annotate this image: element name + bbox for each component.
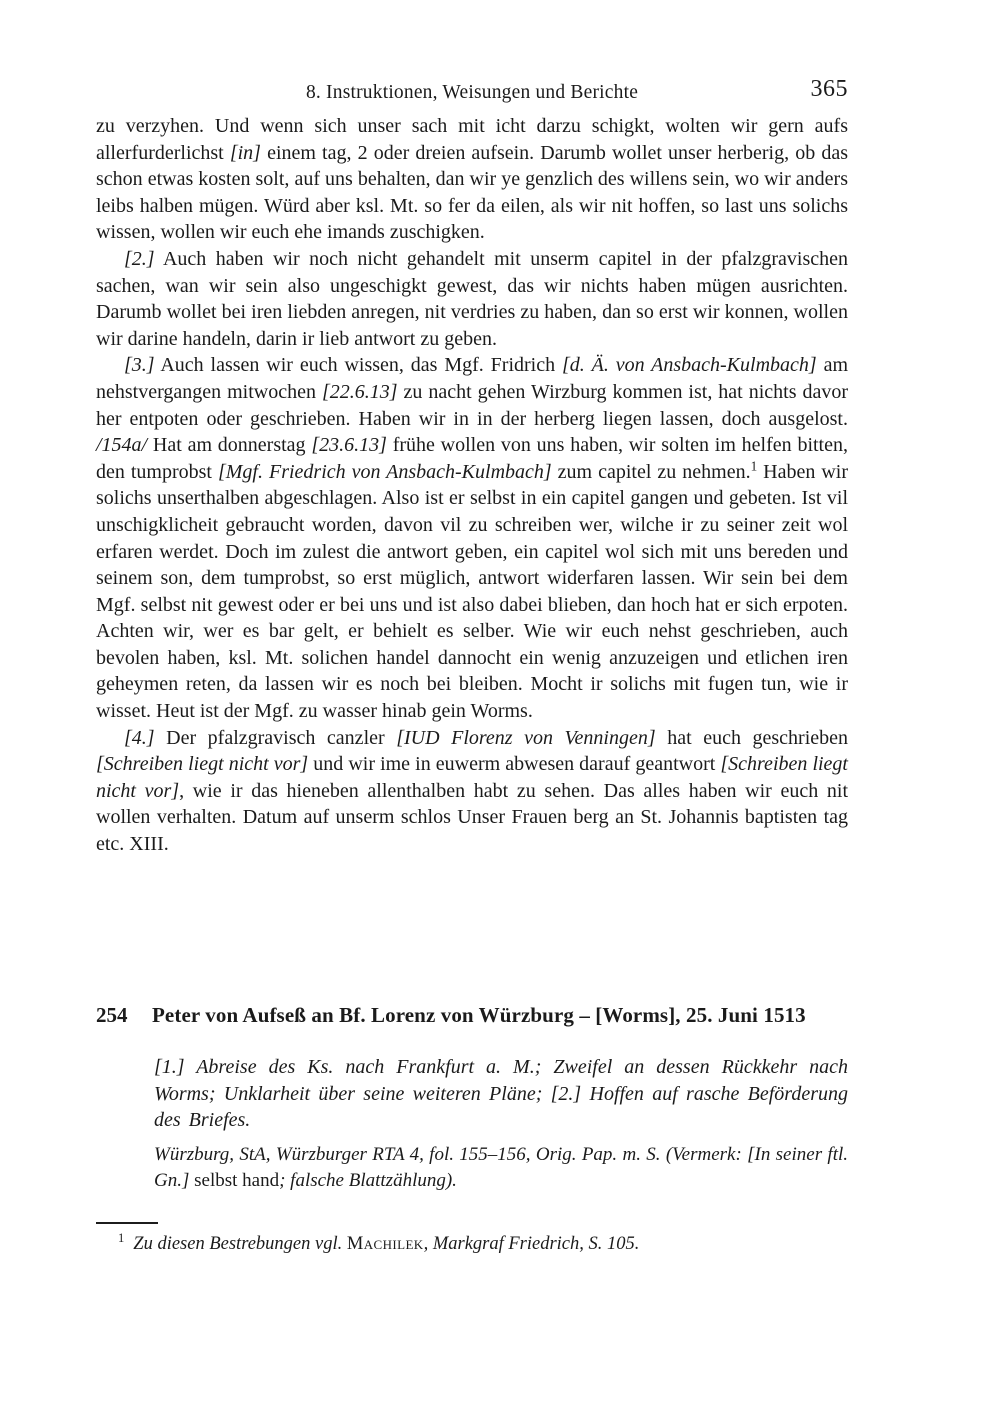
footnote-1: 1Zu diesen Bestrebungen vgl. Machilek, M… — [96, 1232, 848, 1256]
paragraph-3: [3.] Auch lassen wir euch wissen, das Mg… — [96, 352, 848, 724]
entry-summary: [1.] Abreise des Ks. nach Frankfurt a. M… — [154, 1054, 848, 1134]
paragraph-2: [2.] Auch haben wir noch nicht gehandelt… — [96, 246, 848, 352]
entry-heading: 254 Peter von Aufseß an Bf. Lorenz von W… — [96, 1001, 848, 1029]
paragraph-continuation: zu verzyhen. Und wenn sich unser sach mi… — [96, 113, 848, 246]
paragraph-4: [4.] Der pfalzgravisch canzler [IUD Flor… — [96, 725, 848, 858]
footnote-separator-rule — [96, 1222, 158, 1224]
footnote-marker: 1 — [118, 1231, 124, 1245]
entry-number: 254 — [96, 1001, 152, 1029]
book-page: 8. Instruktionen, Weisungen und Berichte… — [0, 0, 1004, 1418]
entry-source-citation: Würzburg, StA, Würzburger RTA 4, fol. 15… — [154, 1142, 848, 1193]
entry-title: Peter von Aufseß an Bf. Lorenz von Würzb… — [152, 1001, 848, 1029]
running-title: 8. Instruktionen, Weisungen und Berichte — [96, 82, 848, 104]
letter-body: zu verzyhen. Und wenn sich unser sach mi… — [96, 113, 848, 858]
page-header: 8. Instruktionen, Weisungen und Berichte… — [96, 80, 848, 110]
page-number: 365 — [811, 76, 849, 103]
footnote-text: Zu diesen Bestrebungen vgl. Machilek, Ma… — [133, 1234, 639, 1254]
footnote-area: 1Zu diesen Bestrebungen vgl. Machilek, M… — [96, 1222, 848, 1256]
